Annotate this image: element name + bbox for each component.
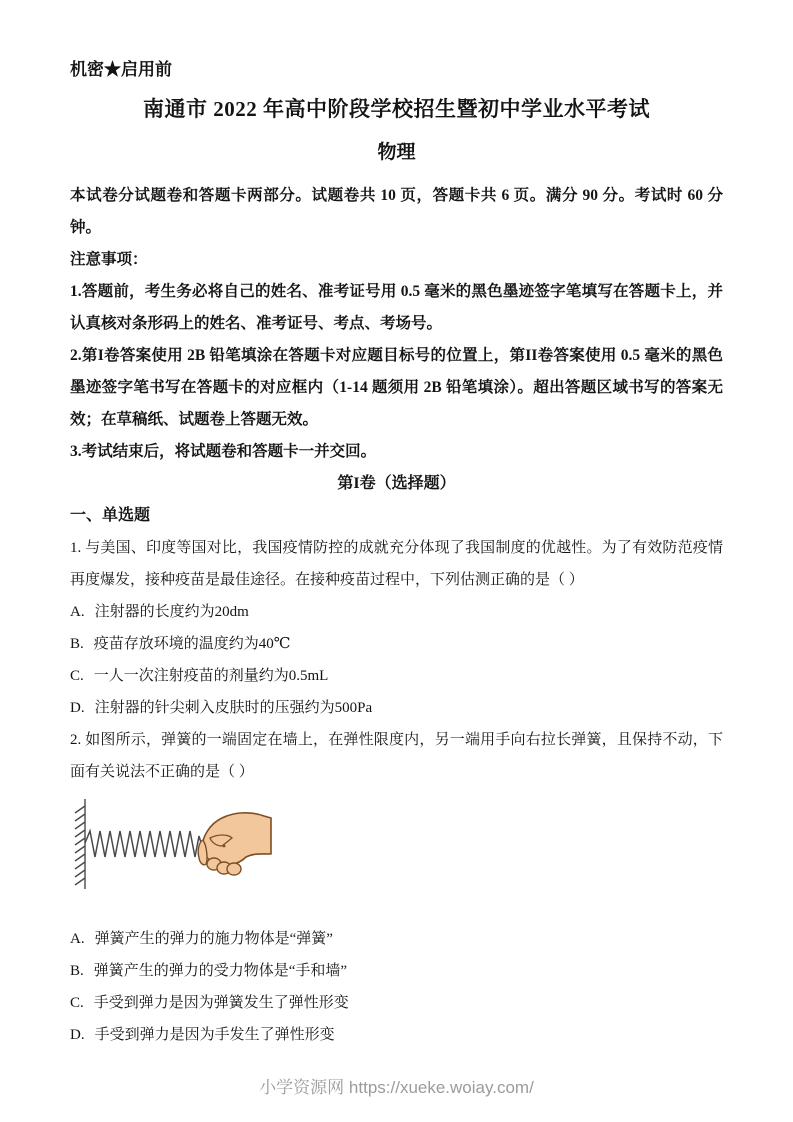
question-2-stem: 2. 如图所示，弹簧的一端固定在墙上，在弹性限度内，另一端用手向右拉长弹簧，且保… [70,724,723,788]
question-2-option-b: B. 弹簧产生的弹力的受力物体是“手和墙” [70,955,723,987]
part-heading: 一、单选题 [70,500,723,532]
question-2-figure [72,796,723,897]
option-label: C. [70,987,84,1019]
page-title: 南通市 2022 年高中阶段学校招生暨初中学业水平考试 [70,94,723,124]
question-1-option-c: C. 一人一次注射疫苗的剂量约为0.5mL [70,660,723,692]
question-1-option-a: A. 注射器的长度约为20dm [70,596,723,628]
subject-title: 物理 [70,140,723,166]
option-text: 手受到弹力是因为手发生了弹性形变 [95,1019,335,1051]
option-label: C. [70,660,84,692]
notice-item-1: 1.答题前，考生务必将自己的姓名、准考证号用 0.5 毫米的黑色墨迹签字笔填写在… [70,276,723,340]
option-label: B. [70,628,84,660]
option-label: D. [70,1019,85,1051]
exam-paper-page: 机密★启用前 南通市 2022 年高中阶段学校招生暨初中学业水平考试 物理 本试… [0,0,793,1122]
site-footer: 小学资源网 https://xueke.woiay.com/ [0,1073,793,1098]
notice-item-2: 2.第I卷答案使用 2B 铅笔填涂在答题卡对应题目标号的位置上，第II卷答案使用… [70,340,723,436]
question-1-option-b: B. 疫苗存放环境的温度约为40℃ [70,628,723,660]
option-label: A. [70,923,85,955]
question-1-option-d: D. 注射器的针尖刺入皮肤时的压强约为500Pa [70,692,723,724]
wall-icon [75,799,85,889]
exam-intro-paragraph: 本试卷分试题卷和答题卡两部分。试题卷共 10 页，答题卡共 6 页。满分 90 … [70,180,723,244]
section-title: 第I卷（选择题） [70,468,723,500]
notice-item-3: 3.考试结束后，将试题卷和答题卡一并交回。 [70,436,723,468]
option-label: A. [70,596,85,628]
option-text: 一人一次注射疫苗的剂量约为0.5mL [94,660,329,692]
site-name: 小学资源网 [259,1078,344,1097]
option-text: 注射器的针尖刺入皮肤时的压强约为500Pa [95,692,373,724]
option-text: 弹簧产生的弹力的受力物体是“手和墙” [94,955,347,987]
question-1-stem: 1. 与美国、印度等国对比，我国疫情防控的成就充分体现了我国制度的优越性。为了有… [70,532,723,596]
question-2-option-d: D. 手受到弹力是因为手发生了弹性形变 [70,1019,723,1051]
question-2-option-a: A. 弹簧产生的弹力的施力物体是“弹簧” [70,923,723,955]
classification-label: 机密★启用前 [70,58,723,82]
option-text: 疫苗存放环境的温度约为40℃ [94,628,291,660]
question-2-option-c: C. 手受到弹力是因为弹簧发生了弹性形变 [70,987,723,1019]
hand-icon [198,813,271,875]
option-text: 注射器的长度约为20dm [95,596,249,628]
site-url-link[interactable]: https://xueke.woiay.com/ [349,1078,534,1097]
option-label: D. [70,692,85,724]
option-text: 手受到弹力是因为弹簧发生了弹性形变 [94,987,349,1019]
option-text: 弹簧产生的弹力的施力物体是“弹簧” [95,923,333,955]
option-label: B. [70,955,84,987]
notice-heading: 注意事项： [70,244,723,276]
spring-icon [85,831,202,857]
spring-pulled-by-hand-illustration [72,796,272,892]
